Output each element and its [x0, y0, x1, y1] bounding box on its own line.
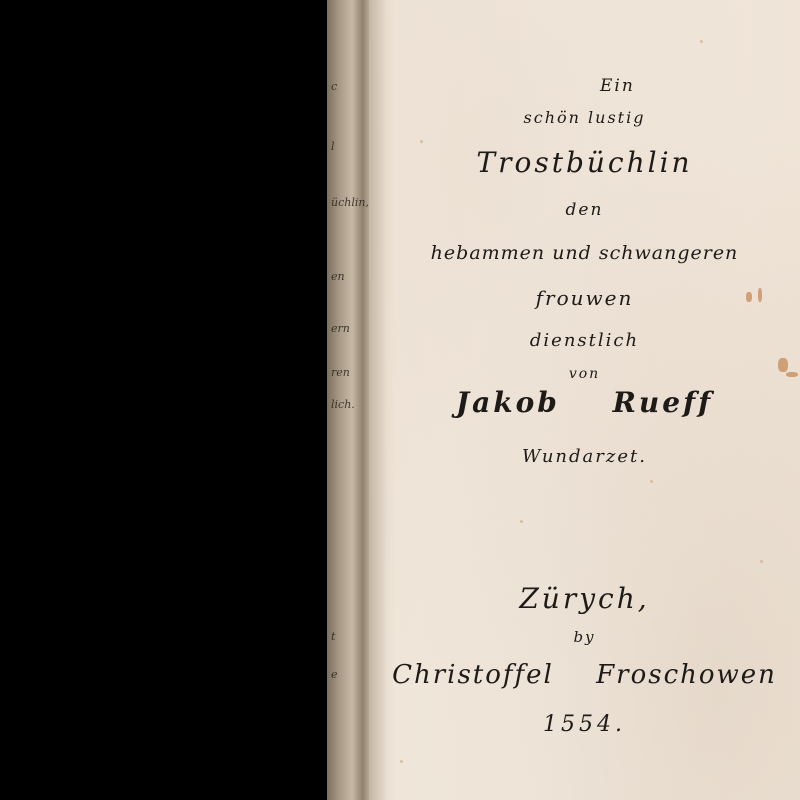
- place-of-printing: Zürych,: [369, 582, 800, 615]
- title-line-ein: Ein: [600, 76, 635, 96]
- spine-text: ern: [331, 322, 350, 335]
- paper-speck: [520, 520, 523, 523]
- spine-text: en: [331, 270, 345, 283]
- author-profession: Wundarzet.: [369, 446, 800, 467]
- paper-speck: [650, 480, 653, 483]
- printer-name: Christoffel Froschowen: [369, 660, 800, 690]
- title-line-den: den: [369, 200, 800, 220]
- paper-speck: [760, 560, 763, 563]
- paper-speck: [420, 140, 423, 143]
- spine-text: e: [331, 668, 338, 681]
- spine-text: t: [331, 630, 335, 643]
- spine-text: ren: [331, 366, 350, 379]
- publication-year: 1554.: [369, 712, 800, 737]
- spine-text: l: [331, 140, 335, 153]
- title-line-trostbuchlin: Trostbüchlin: [369, 146, 800, 179]
- black-background: [0, 0, 327, 800]
- spine-text: c: [331, 80, 337, 93]
- paper-speck: [700, 40, 703, 43]
- title-line-von: von: [369, 366, 800, 382]
- title-line-dienstlich: dienstlich: [369, 330, 800, 351]
- title-line-by: by: [369, 628, 800, 646]
- spine-text: üchlin,: [331, 196, 369, 209]
- title-line-frouwen: frouwen: [369, 286, 800, 310]
- title-line-schon-lustig: schön lustig: [369, 108, 800, 127]
- title-line-hebammen: hebammen und schwangeren: [369, 242, 800, 264]
- author-name: Jakob Rueff: [369, 386, 800, 419]
- spine-text: lich.: [331, 398, 355, 411]
- paper-speck: [400, 760, 403, 763]
